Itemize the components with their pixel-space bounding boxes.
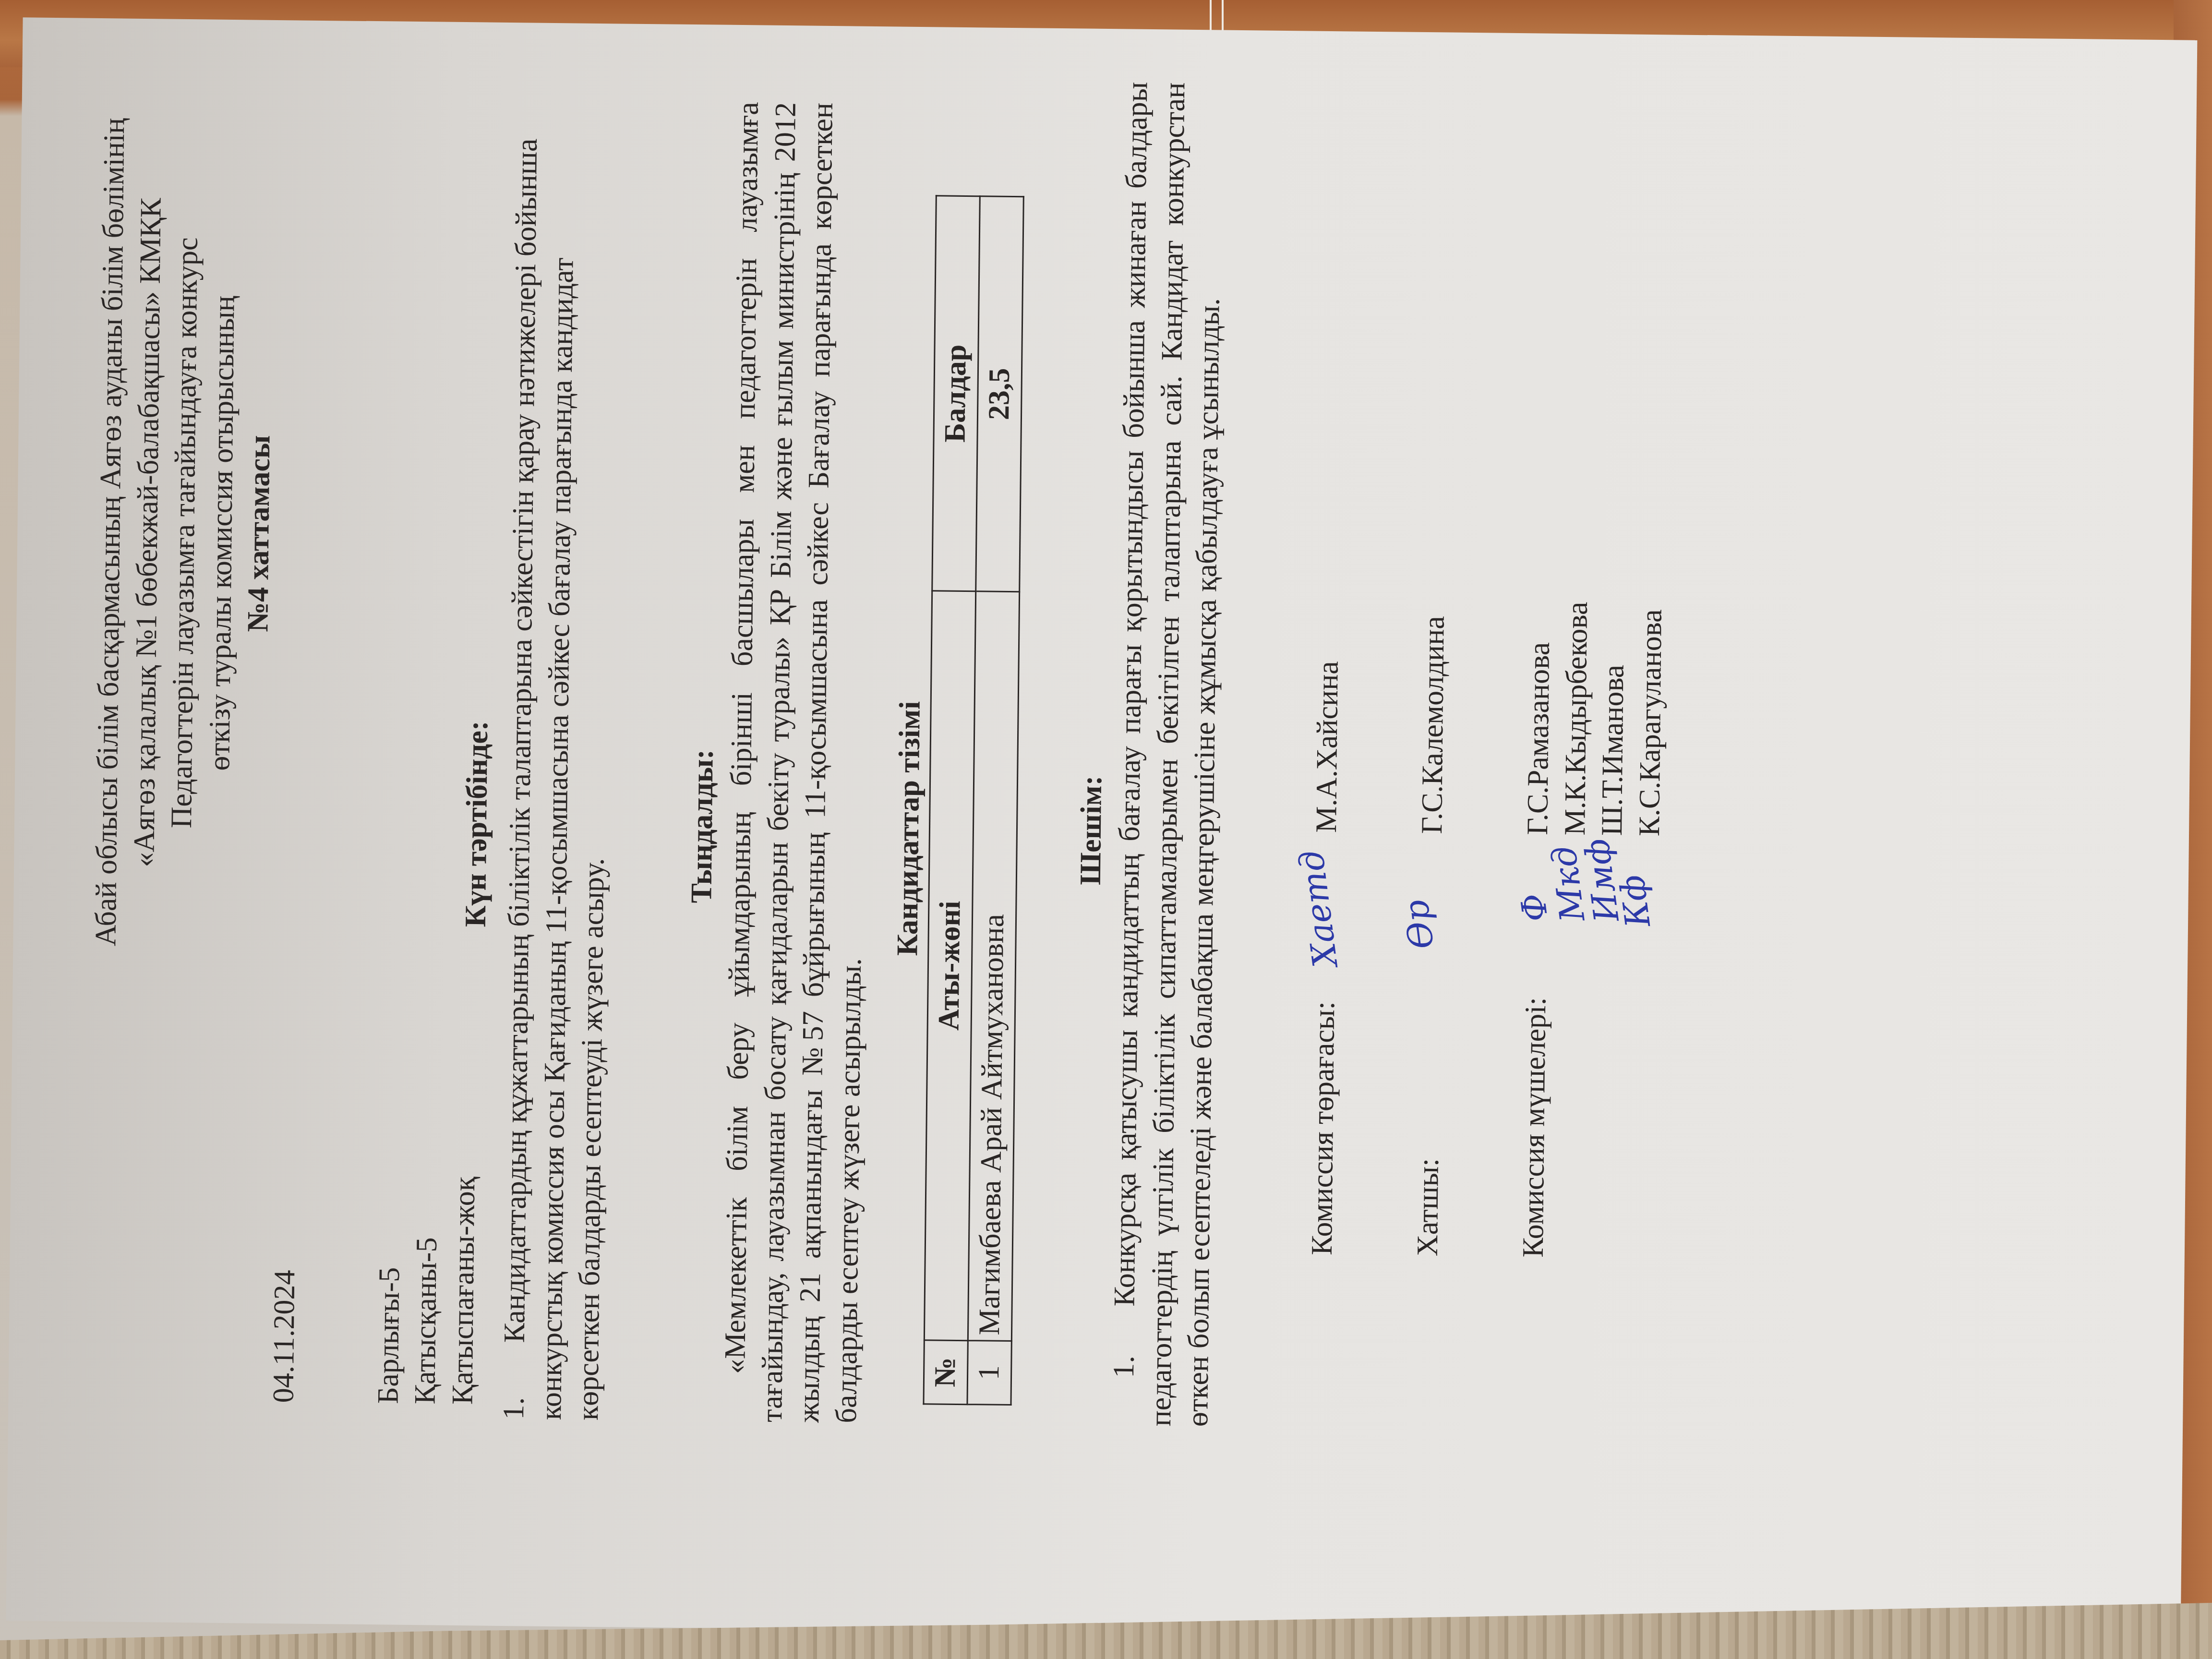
column-header-score: Балдар [932, 196, 980, 591]
secretary-signature-row: Хатшы: Ѳр Г.С.Калемолдина [1409, 200, 1526, 1257]
member-name: Г.С.Рамазанова [1519, 601, 1559, 835]
member-name: М.К.Кыдырбекова [1556, 601, 1596, 836]
member-name: Ш.Т.Иманова [1594, 602, 1634, 836]
chair-name: М.А.Хайсина [1308, 661, 1347, 833]
decision-body: Конкурсқа қатысушы кандидаттың бағалау п… [1108, 82, 1226, 1427]
signatures-block: Комиссия төрағасы: Хаетд М.А.Хайсина Хат… [1304, 199, 1699, 1259]
handwritten-signature: Ѳр [1395, 898, 1443, 952]
candidate-name: Магимбаева Арай Айтмухановна [968, 591, 1019, 1341]
handwritten-signature: Кф [1611, 873, 1660, 930]
handwritten-signature: Хаетд [1290, 848, 1347, 969]
heard-text: «Мемлекеттік білім беру ұйымдарының бірі… [716, 102, 879, 1423]
meeting-date: 04.11.2024 [265, 1175, 304, 1403]
agenda-item-text: Кандидаттардың құжаттарының біліктілік т… [498, 138, 611, 1420]
attendance-present: Қатысқаны-5 [407, 1176, 446, 1405]
agenda-item: 1.Кандидаттардың құжаттарының біліктілік… [495, 123, 621, 1420]
members-role: Комиссия мүшелері: [1515, 997, 1555, 1258]
chair-signature-row: Комиссия төрағасы: Хаетд М.А.Хайсина [1304, 199, 1420, 1256]
candidate-number: 1 [967, 1341, 1011, 1405]
decision-text: 1. Конкурсқа қатысушы кандидаттың бағала… [1105, 82, 1231, 1427]
document-page: Абай облысы білім басқармасының Аягөз ау… [37, 51, 2165, 1610]
decision-number: 1. [1107, 1356, 1140, 1378]
column-header-name: Аты-жөні [924, 591, 975, 1341]
candidates-table: № Аты-жөні Балдар 1 Магимбаева Арай Айтм… [923, 195, 1024, 1406]
document-header: Абай облысы білім басқармасының Аягөз ау… [86, 0, 284, 1086]
secretary-role: Хатшы: [1409, 1158, 1448, 1256]
chair-role: Комиссия төрағасы: [1304, 1001, 1344, 1255]
secretary-name: Г.С.Калемолдина [1414, 616, 1453, 834]
paper-sheet: Абай облысы білім басқармасының Аягөз ау… [6, 17, 2198, 1643]
agenda-item-number: 1. [495, 1343, 533, 1420]
attendance-total: Барлығы-5 [370, 1176, 409, 1404]
column-header-number: № [924, 1340, 968, 1405]
member-name: К.С.Карагуланова [1631, 602, 1671, 837]
candidate-score: 23,5 [976, 196, 1024, 592]
members-list: Г.С.Рамазанова М.К.Кыдырбекова Ш.Т.Имано… [1519, 601, 1671, 836]
meeting-meta: 04.11.2024 Барлығы-5 Қатысқаны-5 Қатыспа… [265, 1175, 483, 1405]
members-signature-row: Комиссия мүшелері: Ф Мкд Имф Кф Г.С.Рама… [1515, 201, 1699, 1259]
